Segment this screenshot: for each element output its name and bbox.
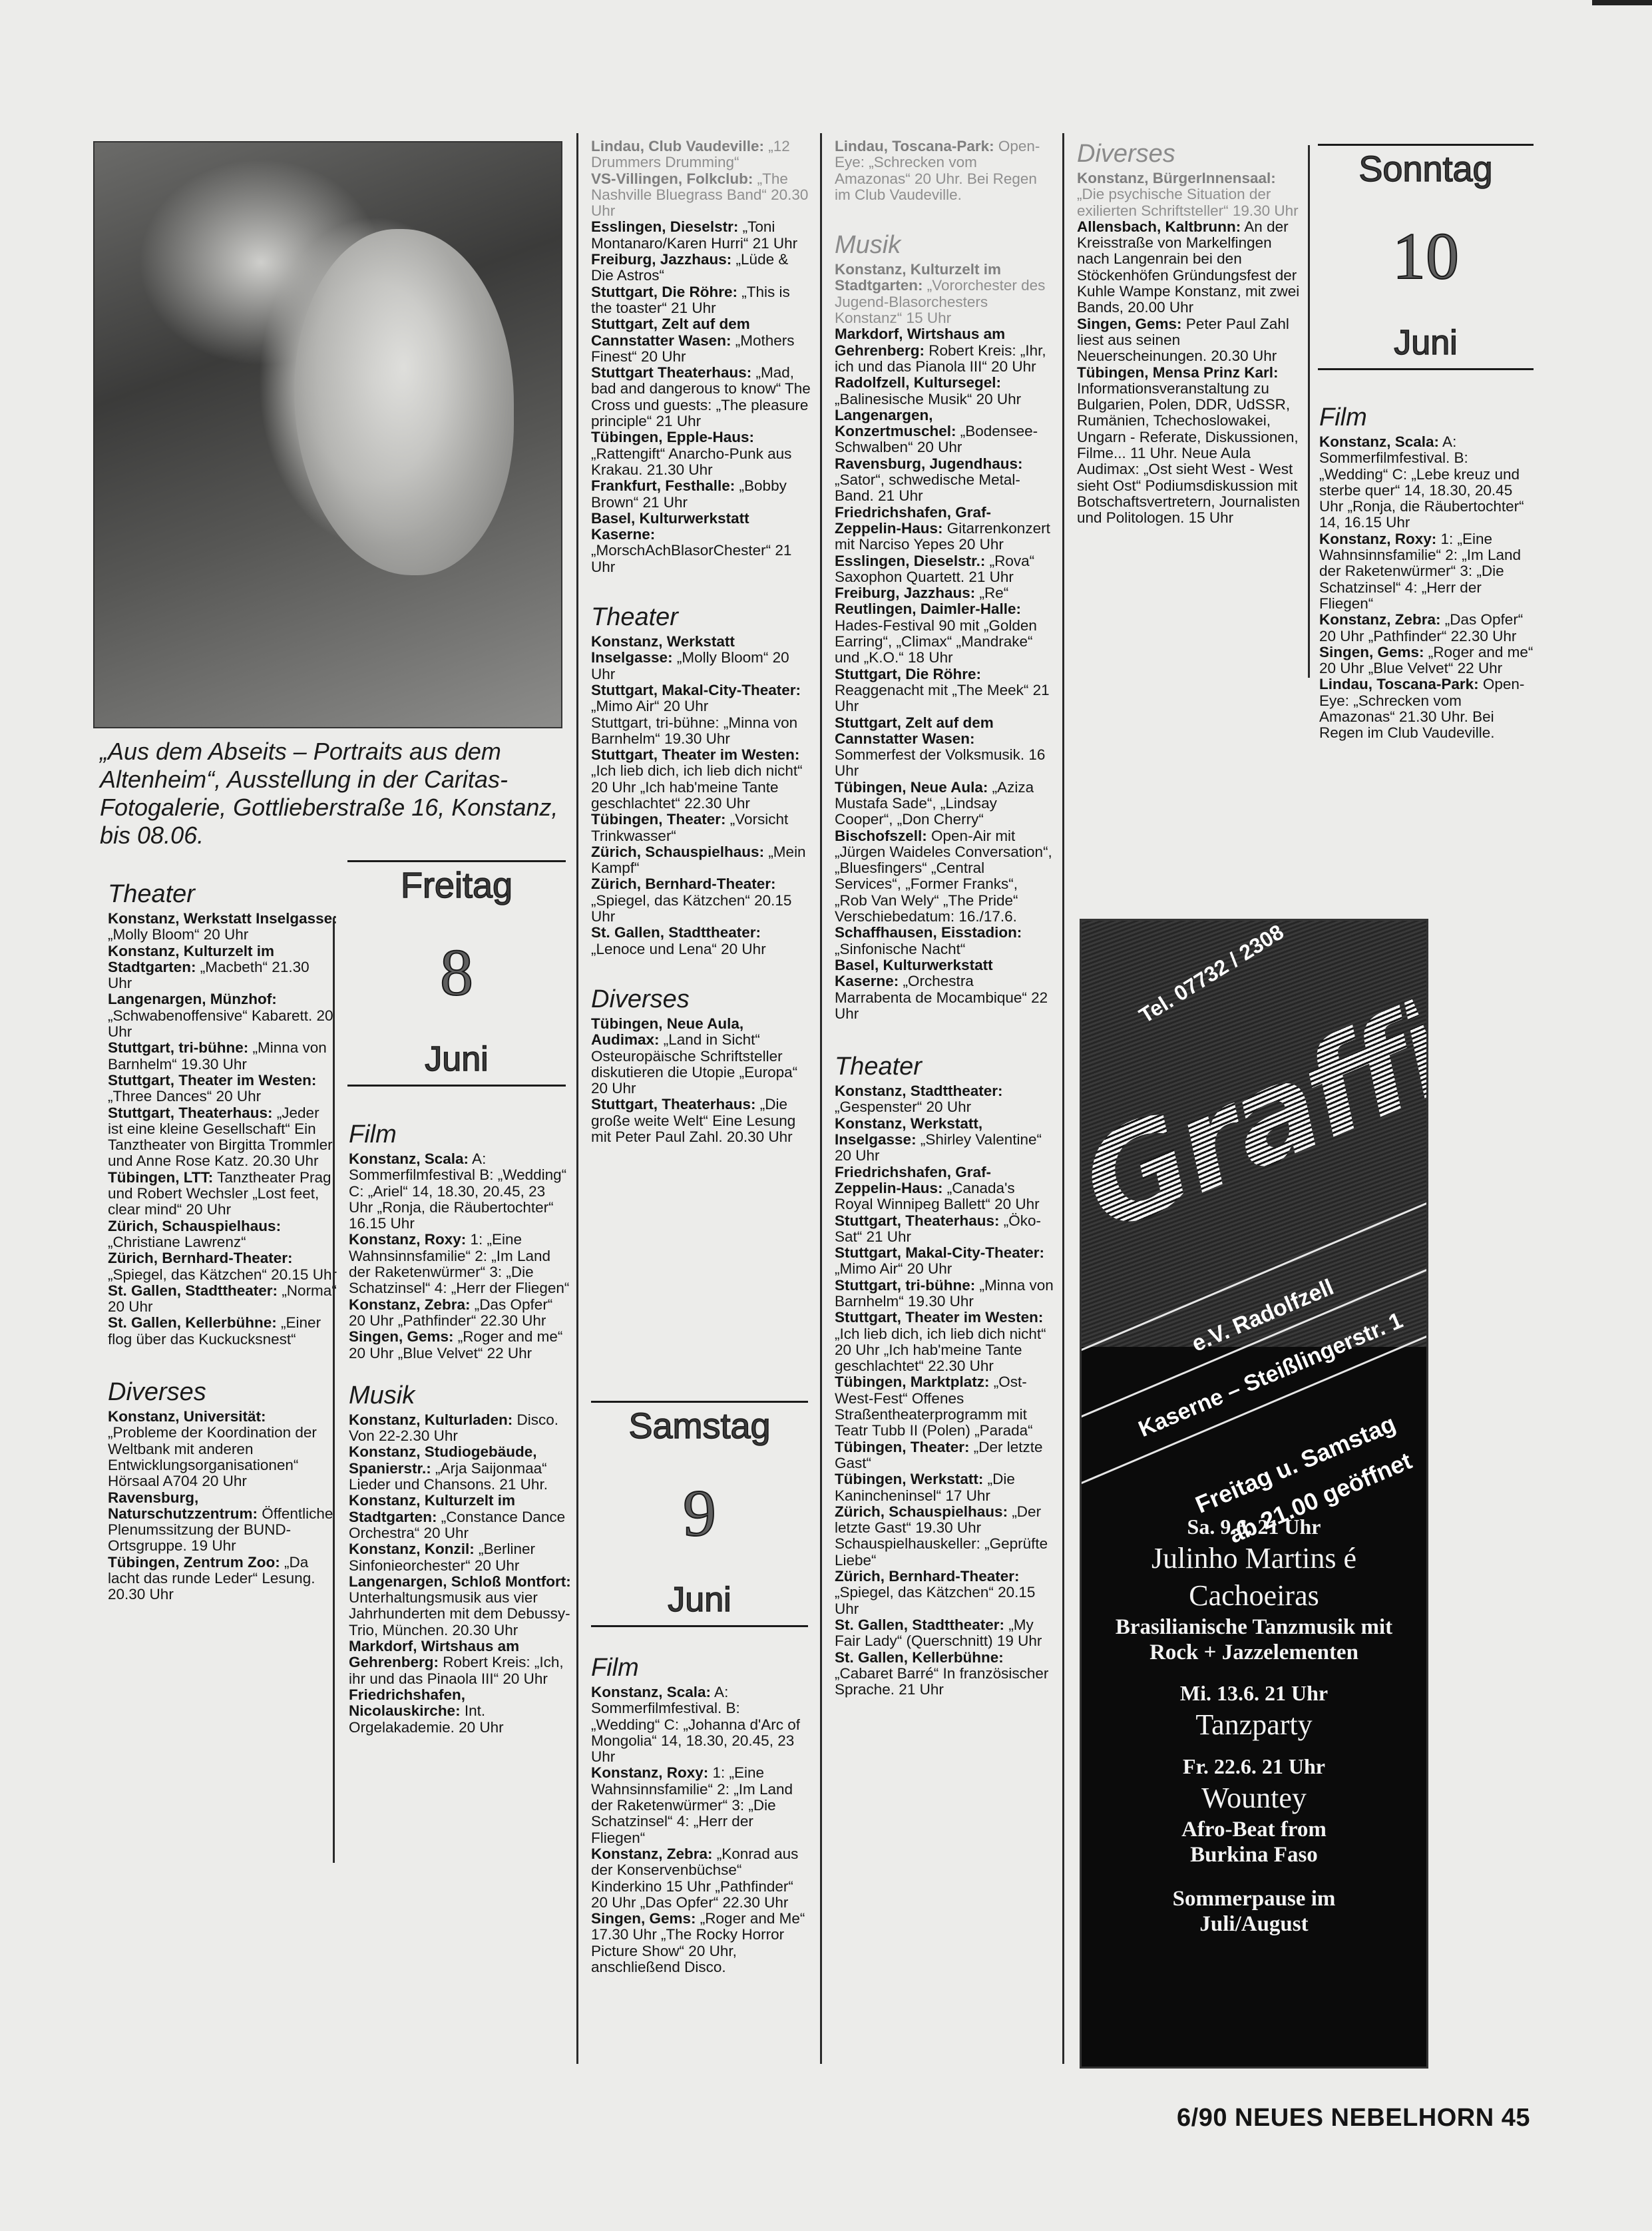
- event-listing: Frankfurt, Festhalle: „Bobby Brown“ 21 U…: [591, 478, 811, 511]
- event-listing: Konstanz, Kulturzelt im Stadtgarten: „Ma…: [108, 943, 337, 992]
- venue: Stuttgart Theaterhaus:: [591, 364, 751, 381]
- event-listing: Stuttgart, tri-bühne: „Minna von Barnhel…: [591, 715, 811, 748]
- section-title-theater: Theater: [591, 603, 811, 631]
- event-listing: Stuttgart, Theaterhaus: „Die große weite…: [591, 1097, 811, 1145]
- event-listing: Tübingen, Mensa Prinz Karl: Informations…: [1077, 365, 1303, 527]
- event-listing: Ravensburg, Jugendhaus: „Sator“, schwedi…: [835, 456, 1054, 505]
- event-listing: Konstanz, BürgerInnensaal: „Die psychisc…: [1077, 170, 1303, 219]
- venue: Konstanz, Scala:: [1319, 433, 1439, 450]
- venue: Radolfzell, Kultursegel:: [835, 374, 1001, 391]
- event-listing: Lindau, Club Vaudeville: „12 Drummers Dr…: [591, 138, 811, 171]
- event-listing: Konstanz, Scala: A: Sommerfilmfestival. …: [591, 1684, 811, 1765]
- event-details: „Molly Bloom“ 20 Uhr: [108, 926, 248, 943]
- weekday: Freitag: [347, 865, 566, 906]
- column-divider: [333, 917, 335, 1863]
- event-listing: Konstanz, Werkstatt, Inselgasse: „Shirle…: [835, 1116, 1054, 1164]
- day-header-friday: Freitag 8 Juni: [347, 860, 566, 1087]
- venue: Langenargen, Schloß Montfort:: [349, 1573, 571, 1590]
- venue: Konstanz, Kulturladen:: [349, 1411, 513, 1428]
- venue: Konstanz, Scala:: [349, 1150, 469, 1167]
- event-listing: St. Gallen, Stadttheater: „My Fair Lady“…: [835, 1617, 1054, 1650]
- event-listing: Singen, Gems: „Roger and me“ 20 Uhr „Blu…: [1319, 644, 1539, 677]
- venue: Tübingen, Theater:: [591, 811, 726, 828]
- column-friday: Film Konstanz, Scala: A: Sommerfilmfesti…: [349, 1120, 572, 1736]
- event-listing: Zürich, Bernhard-Theater: „Spiegel, das …: [108, 1250, 337, 1283]
- event-listing: Schaffhausen, Eisstadion: „Sinfonische N…: [835, 925, 1054, 957]
- event-listing: Tübingen, Neue Aula, Audimax: „Land in S…: [591, 1016, 811, 1097]
- event-listing: Tübingen, Epple-Haus: „Rattengift“ Anarc…: [591, 429, 811, 478]
- ad-closing-note: Sommerpause im Juli/August: [1082, 1886, 1426, 1937]
- event-listing: Konstanz, Scala: A: Sommerfilmfestival B…: [349, 1151, 572, 1232]
- event-title: Wountey: [1082, 1780, 1426, 1817]
- venue: Bischofszell:: [835, 828, 927, 844]
- event-listing: Radolfzell, Kultursegel: „Balinesische M…: [835, 375, 1054, 407]
- event-listing: Zürich, Schauspielhaus: „Mein Kampf“: [591, 844, 811, 877]
- event-details: „MorschAchBlasorChester“ 21 Uhr: [591, 542, 791, 575]
- venue: Tübingen, LTT:: [108, 1169, 213, 1186]
- entry-list: Konstanz, Kulturzelt im Stadtgarten: „Vo…: [835, 262, 1054, 1022]
- event-listing: Basel, Kulturwerkstatt Kaserne: „MorschA…: [591, 511, 811, 575]
- column-friday-continued: Lindau, Club Vaudeville: „12 Drummers Dr…: [591, 138, 811, 1145]
- event-listing: Markdorf, Wirtshaus am Gehrenberg: Rober…: [349, 1638, 572, 1687]
- event-listing: St. Gallen, Kellerbühne: „Cabaret Barré“…: [835, 1650, 1054, 1698]
- venue: Konstanz, BürgerInnensaal:: [1077, 170, 1276, 186]
- venue: Stuttgart, Theater im Westen:: [108, 1072, 316, 1089]
- venue: Konstanz, Stadttheater:: [835, 1083, 1003, 1099]
- entry-list: Lindau, Toscana-Park: Open-Eye: „Schreck…: [835, 138, 1054, 203]
- venue: Stuttgart, tri-bühne:: [108, 1039, 248, 1056]
- event-listing: Zürich, Bernhard-Theater: „Spiegel, das …: [591, 876, 811, 925]
- event-listing: Zürich, Schauspielhaus: „Der letzte Gast…: [835, 1504, 1054, 1569]
- event-listing: Tübingen, Zentrum Zoo: „Da lacht das run…: [108, 1555, 337, 1603]
- event-listing: Langenargen, Schloß Montfort: Unterhaltu…: [349, 1574, 572, 1638]
- event-listing: Konstanz, Kulturzelt im Stadtgarten: „Vo…: [835, 262, 1054, 326]
- venue: Zürich, Bernhard-Theater:: [108, 1250, 293, 1266]
- column-friday-left: Theater Konstanz, Werkstatt Inselgasse: …: [108, 880, 337, 1603]
- weekday: Sonntag: [1318, 148, 1534, 190]
- entry-list: Konstanz, Werkstatt Inselgasse: „Molly B…: [108, 911, 337, 1348]
- event-listing: Konstanz, Stadttheater: „Gespenster“ 20 …: [835, 1083, 1054, 1116]
- venue: Stuttgart, Die Röhre:: [835, 666, 981, 682]
- event-listing: Konstanz, Studiogebäude, Spanierstr.: „A…: [349, 1444, 572, 1493]
- section-title-diverses: Diverses: [591, 985, 811, 1013]
- rule: [347, 860, 566, 862]
- event-details: „Mimo Air“ 20 Uhr: [591, 698, 708, 714]
- event-listing: Stuttgart, Makal-City-Theater: „Mimo Air…: [835, 1245, 1054, 1278]
- event-listing: Reutlingen, Daimler-Halle: Hades-Festiva…: [835, 601, 1054, 666]
- venue: Tübingen, Neue Aula:: [835, 779, 988, 796]
- event-listing: Stuttgart, Theater im Westen: „Ich lieb …: [591, 747, 811, 812]
- event-listing: Allensbach, Kaltbrunn: An der Kreisstraß…: [1077, 219, 1303, 316]
- event-listing: Tübingen, Werkstatt: „Die Kanincheninsel…: [835, 1471, 1054, 1504]
- venue: Allensbach, Kaltbrunn:: [1077, 218, 1241, 235]
- venue: Friedrichshafen, Nicolauskirche:: [349, 1686, 465, 1719]
- venue: Tübingen, Mensa Prinz Karl:: [1077, 364, 1279, 381]
- venue: Freiburg, Jazzhaus:: [835, 585, 975, 601]
- page-footer: 6/90 NEUES NEBELHORN 45: [1177, 2104, 1530, 2132]
- venue: Langenargen, Münzhof:: [108, 991, 277, 1007]
- event-listing: Lindau, Toscana-Park: Open-Eye: „Schreck…: [1319, 676, 1539, 741]
- rule: [347, 1085, 566, 1087]
- column-divider: [576, 133, 578, 2064]
- entry-list: Konstanz, Kulturladen: Disco. Von 22-2.3…: [349, 1412, 572, 1736]
- event-listing: Stuttgart, Theater im Westen: „Three Dan…: [108, 1073, 337, 1105]
- weekday: Samstag: [591, 1405, 808, 1447]
- month: Juni: [591, 1580, 808, 1620]
- event-listing: Stuttgart, Theaterhaus: „Jeder ist eine …: [108, 1105, 337, 1170]
- event-details: „Mimo Air“ 20 Uhr: [835, 1260, 952, 1277]
- venue: Esslingen, Dieselstr:: [591, 218, 738, 235]
- entry-list: Konstanz, BürgerInnensaal: „Die psychisc…: [1077, 170, 1303, 527]
- section-title-diverses: Diverses: [1077, 140, 1303, 168]
- venue: Stuttgart, Zelt auf dem Cannstatter Wase…: [835, 714, 994, 747]
- venue: Konstanz, Universität:: [108, 1408, 266, 1425]
- column-divider: [1308, 145, 1310, 678]
- event-listing: Konstanz, Zebra: „Das Opfer“ 20 Uhr „Pat…: [1319, 612, 1539, 644]
- portrait-photo: [93, 141, 562, 728]
- event-details: „Christiane Lawrenz“: [108, 1234, 246, 1250]
- rule: [591, 1401, 808, 1403]
- event-listing: Stuttgart, Theaterhaus: „Öko-Sat“ 21 Uhr: [835, 1213, 1054, 1246]
- event-listing: Stuttgart, Zelt auf dem Cannstatter Wase…: [835, 715, 1054, 780]
- venue: Tübingen, Zentrum Zoo:: [108, 1554, 280, 1571]
- event-listing: Konstanz, Werkstatt Inselgasse: „Molly B…: [108, 911, 337, 943]
- event-details: „Lenoce und Lena“ 20 Uhr: [591, 941, 766, 957]
- venue: St. Gallen, Kellerbühne:: [835, 1649, 1004, 1666]
- entry-list: Konstanz, Werkstatt Inselgasse: „Molly B…: [591, 634, 811, 957]
- month: Juni: [1318, 323, 1534, 363]
- month: Juni: [347, 1039, 566, 1079]
- event-listing: Basel, Kulturwerkstatt Kaserne: „Orchest…: [835, 957, 1054, 1022]
- event-listing: St. Gallen, Stadttheater: „Norma“ 20 Uhr: [108, 1283, 337, 1316]
- column-saturday-film: Film Konstanz, Scala: A: Sommerfilmfesti…: [591, 1654, 811, 1975]
- venue: Tübingen, Werkstatt:: [835, 1471, 983, 1487]
- event-listing: Stuttgart, Die Röhre: „This is the toast…: [591, 284, 811, 317]
- venue: Stuttgart, tri-bühne:: [835, 1277, 975, 1294]
- day-number: 10: [1318, 216, 1534, 296]
- venue: St. Gallen, Stadttheater:: [108, 1282, 278, 1299]
- event-listing: Konstanz, Kulturladen: Disco. Von 22-2.3…: [349, 1412, 572, 1445]
- section-title-diverses: Diverses: [108, 1378, 337, 1406]
- rule: [1318, 368, 1534, 370]
- venue: Stuttgart, Makal-City-Theater:: [591, 682, 801, 698]
- portrait-face: [294, 229, 514, 575]
- event-listing: Stuttgart, Theater im Westen: „Ich lieb …: [835, 1310, 1054, 1374]
- entry-list: Konstanz, Scala: A: Sommerfilmfestival. …: [591, 1684, 811, 1975]
- event-listing: Freiburg, Jazzhaus: „Re“: [835, 585, 1054, 601]
- event-details: „Spiegel, das Kätzchen“ 20.15 Uhr: [591, 892, 791, 925]
- event-date: Fr. 22.6. 21 Uhr: [1082, 1753, 1426, 1780]
- event-listing: St. Gallen, Stadttheater: „Lenoce und Le…: [591, 925, 811, 957]
- day-number: 9: [591, 1473, 808, 1553]
- entry-list: Konstanz, Scala: A: Sommerfilmfestival B…: [349, 1151, 572, 1362]
- venue: Stuttgart, Theaterhaus:: [591, 1096, 756, 1113]
- venue: Zürich, Schauspielhaus:: [591, 844, 764, 860]
- event-listing: Esslingen, Dieselstr.: „Rova“ Saxophon Q…: [835, 553, 1054, 586]
- page-corner-mark: [1592, 0, 1652, 5]
- venue: Tübingen, Epple-Haus:: [591, 429, 754, 445]
- event-listing: Stuttgart, Makal-City-Theater: „Mimo Air…: [591, 682, 811, 715]
- event-listing: Esslingen, Dieselstr: „Toni Montanaro/Ka…: [591, 219, 811, 252]
- event-listing: Konstanz, Werkstatt Inselgasse: „Molly B…: [591, 634, 811, 682]
- event-date: Sa. 9.6. 21 Uhr: [1082, 1513, 1426, 1540]
- venue: Zürich, Schauspielhaus:: [108, 1218, 281, 1234]
- event-details: Informationsveranstaltung zu Bulgarien, …: [1077, 380, 1300, 526]
- event-listing: Tübingen, Theater: „Vorsicht Trinkwasser…: [591, 812, 811, 844]
- venue: Lindau, Club Vaudeville:: [591, 138, 764, 154]
- section-title-film: Film: [1319, 403, 1539, 431]
- event-listing: Konstanz, Zebra: „Das Opfer“ 20 Uhr „Pat…: [349, 1297, 572, 1330]
- event-details: Reaggenacht mit „The Meek“ 21 Uhr: [835, 682, 1050, 714]
- event-listing: Freiburg, Jazzhaus: „Lüde & Die Astros“: [591, 252, 811, 284]
- event-listing: Friedrichshafen, Graf-Zeppelin-Haus: Git…: [835, 505, 1054, 553]
- event-details: „Die psychische Situation der exilierten…: [1077, 186, 1299, 218]
- event-listing: Tübingen, LTT: Tanztheater Prag und Robe…: [108, 1170, 337, 1218]
- column-divider: [820, 133, 822, 2064]
- venue: Stuttgart, Theaterhaus:: [835, 1212, 1000, 1229]
- event-listing: Friedrichshafen, Graf-Zeppelin-Haus: „Ca…: [835, 1164, 1054, 1213]
- entry-list: Konstanz, Scala: A: Sommerfilmfestival. …: [1319, 434, 1539, 742]
- event-listing: Lindau, Toscana-Park: Open-Eye: „Schreck…: [835, 138, 1054, 203]
- venue: Konstanz, Roxy:: [349, 1231, 466, 1248]
- event-details: „Gespenster“ 20 Uhr: [835, 1099, 971, 1115]
- event-listing: Bischofszell: Open-Air mit „Jürgen Waide…: [835, 828, 1054, 925]
- section-title-musik: Musik: [349, 1381, 572, 1409]
- event-description: Afro-Beat from Burkina Faso: [1082, 1817, 1426, 1867]
- event-details: „Spiegel, das Kätzchen“ 20.15 Uhr: [835, 1584, 1035, 1616]
- event-listing: Zürich, Schauspielhaus: „Christiane Lawr…: [108, 1218, 337, 1251]
- section-title-theater: Theater: [835, 1053, 1054, 1081]
- event-details: „Ich lieb dich, ich lieb dich nicht“ 20 …: [591, 762, 803, 812]
- venue: Konstanz, Zebra:: [1319, 611, 1441, 628]
- event-listing: Singen, Gems: „Roger and Me“ 17.30 Uhr „…: [591, 1911, 811, 1975]
- event-details: Unterhaltungsmusik aus vier Jahrhunderte…: [349, 1589, 570, 1638]
- venue: Stuttgart, Theaterhaus:: [108, 1105, 273, 1121]
- event-listing: Konstanz, Scala: A: Sommerfilmfestival. …: [1319, 434, 1539, 531]
- event-details: „Cabaret Barré“ In französischer Sprache…: [835, 1665, 1048, 1698]
- venue: Lindau, Toscana-Park:: [835, 138, 994, 154]
- event-details: „Balinesische Musik“ 20 Uhr: [835, 391, 1021, 407]
- entry-list: Tübingen, Neue Aula, Audimax: „Land in S…: [591, 1016, 811, 1145]
- section-title-film: Film: [349, 1120, 572, 1148]
- event-listing: Ravensburg, Naturschutzzentrum: Öffentli…: [108, 1490, 337, 1555]
- venue: Singen, Gems:: [1319, 644, 1424, 660]
- venue: Stuttgart, Theater im Westen:: [835, 1309, 1043, 1326]
- venue: Reutlingen, Daimler-Halle:: [835, 601, 1021, 617]
- venue: Stuttgart, Theater im Westen:: [591, 746, 799, 763]
- event-listing: Langenargen, Konzertmuschel: „Bodensee-S…: [835, 407, 1054, 456]
- event-title: Tanzparty: [1082, 1706, 1426, 1744]
- event-description: Brasilianische Tanzmusik mit Rock + Jazz…: [1082, 1614, 1426, 1665]
- venue: Konstanz, Scala:: [591, 1684, 711, 1700]
- column-saturday: Lindau, Toscana-Park: Open-Eye: „Schreck…: [835, 138, 1054, 1698]
- event-listing: Stuttgart, tri-bühne: „Minna von Barnhel…: [108, 1040, 337, 1073]
- event-listing: Langenargen, Münzhof: „Schwabenoffensive…: [108, 991, 337, 1040]
- event-listing: Tübingen, Neue Aula: „Aziza Mustafa Sade…: [835, 780, 1054, 828]
- venue: Zürich, Schauspielhaus:: [835, 1503, 1008, 1520]
- venue: VS-Villingen, Folkclub:: [591, 170, 753, 187]
- venue: Tübingen, Theater:: [835, 1439, 970, 1455]
- section-title-musik: Musik: [835, 231, 1054, 259]
- venue: Ravensburg, Naturschutzzentrum:: [108, 1489, 258, 1522]
- event-listing: Friedrichshafen, Nicolauskirche: Int. Or…: [349, 1687, 572, 1736]
- venue: Zürich, Bernhard-Theater:: [835, 1568, 1020, 1585]
- venue: St. Gallen, Kellerbühne:: [108, 1314, 277, 1331]
- venue: Konstanz, Zebra:: [349, 1296, 471, 1313]
- day-header-saturday: Samstag 9 Juni: [591, 1401, 808, 1627]
- venue: Konstanz, Roxy:: [1319, 531, 1436, 547]
- venue: Stuttgart, Zelt auf dem Cannstatter Wase…: [591, 316, 750, 348]
- day-number: 8: [347, 933, 566, 1013]
- section-title-film: Film: [591, 1654, 811, 1682]
- event-listing: Zürich, Bernhard-Theater: „Spiegel, das …: [835, 1569, 1054, 1617]
- event-listing: Konstanz, Roxy: 1: „Eine Wahnsinnsfamili…: [349, 1232, 572, 1296]
- event-details: „Re“: [975, 585, 1008, 601]
- event-listing: Stuttgart, tri-bühne: „Minna von Barnhel…: [835, 1278, 1054, 1310]
- event-details: „Rattengift“ Anarcho-Punk aus Krakau. 21…: [591, 445, 791, 478]
- ad-program: Sa. 9.6. 21 Uhr Julinho Martins é Cachoe…: [1082, 1507, 1426, 1937]
- event-listing: Konstanz, Zebra: „Konrad aus der Konserv…: [591, 1846, 811, 1911]
- event-listing: Konstanz, Roxy: 1: „Eine Wahnsinnsfamili…: [591, 1765, 811, 1846]
- event-listing: Stuttgart Theaterhaus: „Mad, bad and dan…: [591, 365, 811, 429]
- event-listing: Singen, Gems: Peter Paul Zahl liest aus …: [1077, 316, 1303, 365]
- event-listing: Tübingen, Theater: „Der letzte Gast“: [835, 1439, 1054, 1472]
- event-details: „Sator“, schwedische Metal-Band. 21 Uhr: [835, 471, 1020, 504]
- event-details: „Spiegel, das Kätzchen“ 20.15 Uhr: [108, 1266, 337, 1283]
- entry-list: Konstanz, Universität: „Probleme der Koo…: [108, 1409, 337, 1603]
- event-listing: Konstanz, Universität: „Probleme der Koo…: [108, 1409, 337, 1489]
- event-details: Sommerfest der Volksmusik. 16 Uhr: [835, 746, 1045, 779]
- venue: Lindau, Toscana-Park:: [1319, 676, 1479, 692]
- rule: [1318, 144, 1534, 146]
- venue: St. Gallen, Stadttheater:: [835, 1616, 1004, 1633]
- venue: Zürich, Bernhard-Theater:: [591, 875, 776, 892]
- venue: Ravensburg, Jugendhaus:: [835, 455, 1023, 472]
- event-listing: Markdorf, Wirtshaus am Gehrenberg: Rober…: [835, 326, 1054, 375]
- event-listing: Stuttgart, Zelt auf dem Cannstatter Wase…: [591, 316, 811, 365]
- venue: St. Gallen, Stadttheater:: [591, 924, 761, 941]
- venue: Singen, Gems:: [1077, 316, 1182, 332]
- venue: Konstanz, Werkstatt Inselgasse:: [108, 910, 337, 927]
- event-title: Julinho Martins é Cachoeiras: [1082, 1540, 1426, 1614]
- event-details: Stuttgart, tri-bühne: „Minna von Barnhel…: [591, 714, 797, 747]
- venue: Frankfurt, Festhalle:: [591, 477, 735, 494]
- venue: Freiburg, Jazzhaus:: [591, 251, 731, 268]
- section-title-theater: Theater: [108, 880, 337, 908]
- venue: Langenargen, Konzertmuschel:: [835, 407, 956, 439]
- column-divider: [1062, 133, 1064, 2064]
- venue: Stuttgart, Die Röhre:: [591, 284, 737, 300]
- venue: Schaffhausen, Eisstadion:: [835, 924, 1022, 941]
- venue: Basel, Kulturwerkstatt Kaserne:: [591, 510, 749, 543]
- venue: Singen, Gems:: [591, 1910, 696, 1927]
- column-sunday: Film Konstanz, Scala: A: Sommerfilmfesti…: [1319, 403, 1539, 742]
- event-listing: Stuttgart, Die Röhre: Reaggenacht mit „T…: [835, 666, 1054, 715]
- event-listing: Konstanz, Kulturzelt im Stadtgarten: „Co…: [349, 1493, 572, 1541]
- event-listing: Singen, Gems: „Roger and me“ 20 Uhr „Blu…: [349, 1329, 572, 1362]
- graffity-advertisement: Tel. 07732 / 2308 Graffity e.V. Radolfze…: [1080, 919, 1428, 2069]
- event-listing: St. Gallen, Kellerbühne: „Einer flog übe…: [108, 1315, 337, 1348]
- event-listing: Konstanz, Roxy: 1: „Eine Wahnsinnsfamili…: [1319, 531, 1539, 612]
- event-listing: Tübingen, Marktplatz: „Ost-West-Fest“ Of…: [835, 1374, 1054, 1439]
- venue: Tübingen, Marktplatz:: [835, 1373, 990, 1390]
- event-details: „Probleme der Koordination der Weltbank …: [108, 1424, 317, 1489]
- event-listing: Konstanz, Konzil: „Berliner Sinfonieorch…: [349, 1541, 572, 1574]
- venue: Konstanz, Konzil:: [349, 1541, 475, 1557]
- photo-caption: „Aus dem Abseits – Portraits aus dem Alt…: [100, 738, 572, 850]
- event-details: „Ich lieb dich, ich lieb dich nicht“ 20 …: [835, 1326, 1046, 1375]
- venue: Singen, Gems:: [349, 1328, 454, 1345]
- venue: Esslingen, Dieselstr.:: [835, 553, 985, 569]
- day-header-sunday: Sonntag 10 Juni: [1318, 144, 1534, 370]
- rule: [591, 1625, 808, 1627]
- venue: Konstanz, Roxy:: [591, 1764, 708, 1781]
- event-listing: VS-Villingen, Folkclub: „The Nashville B…: [591, 171, 811, 220]
- event-date: Mi. 13.6. 21 Uhr: [1082, 1680, 1426, 1706]
- event-details: „Three Dances“ 20 Uhr: [108, 1088, 261, 1105]
- event-details: „Schwabenoffensive“ Kabarett. 20 Uhr: [108, 1007, 333, 1040]
- event-details: „Sinfonische Nacht“: [835, 941, 965, 957]
- entry-list: Konstanz, Stadttheater: „Gespenster“ 20 …: [835, 1083, 1054, 1698]
- entry-list: Lindau, Club Vaudeville: „12 Drummers Dr…: [591, 138, 811, 575]
- column-saturday-diverses: Diverses Konstanz, BürgerInnensaal: „Die…: [1077, 140, 1303, 527]
- venue: Stuttgart, Makal-City-Theater:: [835, 1244, 1044, 1261]
- venue: Konstanz, Zebra:: [591, 1846, 713, 1862]
- event-details: Hades-Festival 90 mit „Golden Earring“, …: [835, 617, 1037, 666]
